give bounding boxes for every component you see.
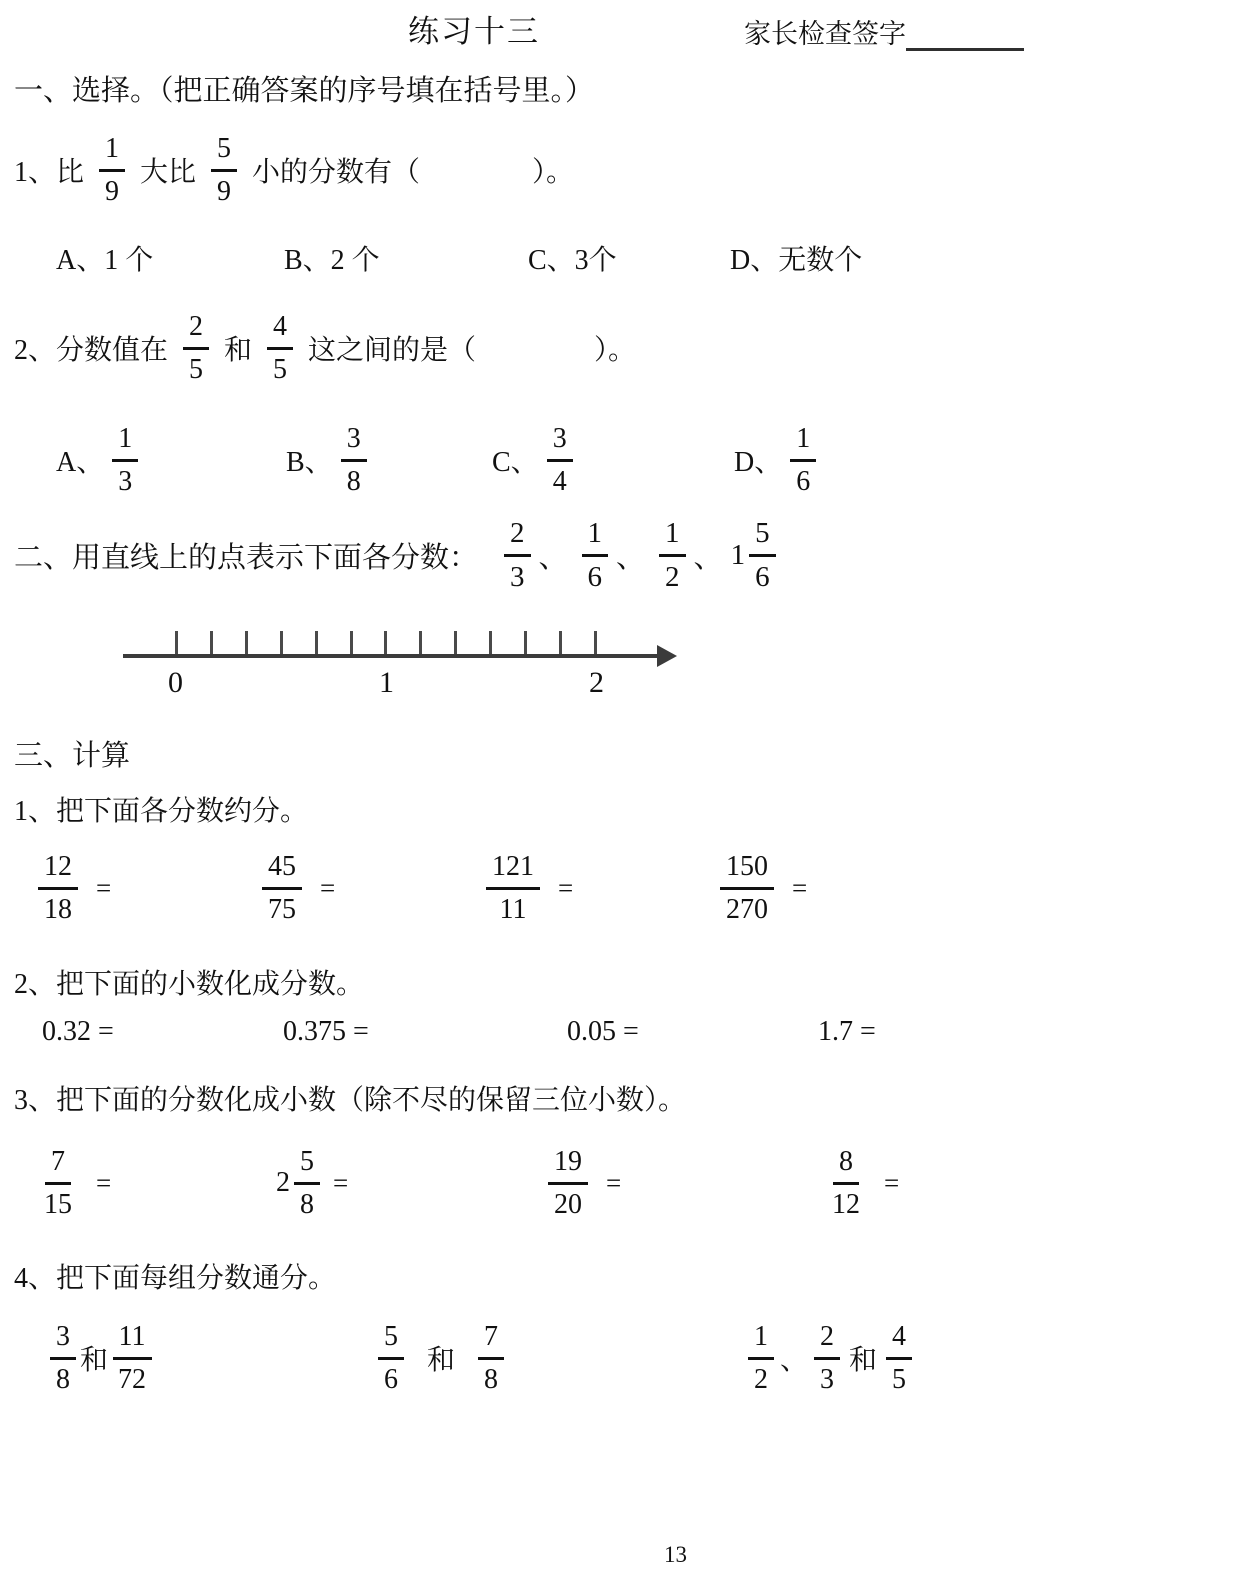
numerator: 2 — [183, 310, 209, 350]
tick-mark — [594, 631, 597, 654]
denominator: 3 — [112, 462, 138, 499]
fraction: 1 2 — [659, 516, 686, 595]
tick-marks — [175, 631, 597, 654]
numerator: 5 — [211, 132, 237, 172]
q2-close-text: ）。 — [594, 328, 636, 368]
to-decimal-item-1: 7 15 = — [38, 1135, 111, 1231]
numerator: 3 — [50, 1320, 76, 1360]
fraction: 2 5 — [183, 310, 209, 386]
numerator: 4 — [886, 1320, 912, 1360]
tick-mark — [489, 631, 492, 654]
option-label: C、 — [492, 440, 539, 480]
number-line-axis — [123, 654, 659, 658]
equals-sign: = — [333, 1168, 348, 1199]
equals-sign: = — [558, 873, 573, 904]
denominator: 2 — [748, 1360, 774, 1397]
q1-option-d: D、无数个 — [730, 238, 862, 278]
tick-mark — [350, 631, 353, 654]
denominator: 15 — [38, 1185, 78, 1222]
fraction: 5 6 — [749, 516, 776, 595]
q1-option-c: C、3个 — [528, 238, 617, 278]
section-three-heading: 三、计算 — [14, 733, 130, 774]
numerator: 45 — [262, 850, 302, 890]
common-denominator-group-3: 1 2 、 2 3 和 4 5 — [748, 1310, 915, 1406]
arrow-icon — [657, 645, 677, 667]
fraction: 4 5 — [886, 1320, 912, 1396]
q1-mid-text: 大比 — [133, 150, 203, 190]
option-label: A、 — [56, 440, 104, 480]
fraction: 11 72 — [112, 1320, 152, 1396]
q1-option-a: A、1 个 — [56, 238, 153, 278]
denominator: 6 — [582, 557, 609, 595]
denominator: 4 — [547, 462, 573, 499]
q2-option-a: A、 1 3 — [56, 412, 146, 508]
denominator: 72 — [112, 1360, 152, 1397]
page-number: 13 — [664, 1542, 687, 1568]
denominator: 270 — [720, 890, 774, 927]
numerator: 1 — [112, 422, 138, 462]
q1-lead-text: 1、比 — [14, 150, 91, 190]
reduce-item-3: 121 11 = — [486, 840, 573, 936]
fraction: 5 9 — [211, 132, 237, 208]
q1-option-b: B、2 个 — [284, 238, 380, 278]
common-denominator-group-1: 3 8 和 11 72 — [50, 1310, 155, 1406]
denominator: 5 — [267, 350, 293, 387]
fraction: 8 12 — [826, 1145, 866, 1221]
fraction: 1 3 — [112, 422, 138, 498]
tick-mark — [384, 631, 387, 654]
numerator: 8 — [833, 1145, 859, 1185]
numerator: 3 — [547, 422, 573, 462]
q4-common-denominator-heading: 4、把下面每组分数通分。 — [14, 1256, 336, 1296]
fraction: 1 9 — [99, 132, 125, 208]
to-decimal-item-4: 8 12 = — [826, 1135, 899, 1231]
fraction: 3 4 — [547, 422, 573, 498]
denominator: 20 — [548, 1185, 588, 1222]
numerator: 121 — [486, 850, 540, 890]
q2-option-c: C、 3 4 — [492, 412, 581, 508]
tick-mark — [524, 631, 527, 654]
reduce-item-4: 150 270 = — [720, 840, 807, 936]
numerator: 12 — [38, 850, 78, 890]
fraction: 121 11 — [486, 850, 540, 926]
denominator: 8 — [50, 1360, 76, 1397]
denominator: 3 — [504, 557, 531, 595]
decimal-item-3: 0.05 = — [567, 1016, 639, 1048]
reduce-item-1: 12 18 = — [38, 840, 111, 936]
denominator: 2 — [659, 557, 686, 595]
to-decimal-item-3: 19 20 = — [548, 1135, 621, 1231]
fraction: 7 15 — [38, 1145, 78, 1221]
whole-number: 2 — [276, 1167, 290, 1199]
denominator: 9 — [99, 172, 125, 209]
section-one-heading: 一、选择。（把正确答案的序号填在括号里。） — [14, 68, 594, 109]
denominator: 5 — [886, 1360, 912, 1397]
fraction: 3 8 — [341, 422, 367, 498]
numerator: 2 — [814, 1320, 840, 1360]
option-label: D、 — [734, 440, 782, 480]
whole-number: 1 — [731, 539, 746, 572]
decimal-item-4: 1.7 = — [818, 1016, 876, 1048]
q2-tail-text: 这之间的是（ — [301, 328, 476, 368]
and-label: 和 — [427, 1338, 455, 1378]
denominator: 12 — [826, 1185, 866, 1222]
fraction: 19 20 — [548, 1145, 588, 1221]
fraction: 5 8 — [294, 1145, 320, 1221]
numerator: 150 — [720, 850, 774, 890]
q2-lead-text: 2、分数值在 — [14, 328, 175, 368]
axis-label-0: 0 — [168, 666, 183, 700]
numerator: 2 — [504, 516, 531, 557]
tick-mark — [559, 631, 562, 654]
axis-label-2: 2 — [589, 666, 604, 700]
q3-to-decimal-heading: 3、把下面的分数化成小数（除不尽的保留三位小数）。 — [14, 1078, 686, 1118]
numerator: 5 — [378, 1320, 404, 1360]
fraction: 5 6 — [378, 1320, 404, 1396]
numerator: 11 — [113, 1320, 152, 1360]
denominator: 75 — [262, 890, 302, 927]
denominator: 8 — [341, 462, 367, 499]
equals-sign: = — [884, 1168, 899, 1199]
page-title: 练习十三 — [408, 6, 540, 51]
and-label: 和 — [849, 1338, 877, 1378]
fraction: 1 6 — [582, 516, 609, 595]
numerator: 1 — [582, 516, 609, 557]
tick-mark — [245, 631, 248, 654]
common-denominator-group-2: 5 6 和 7 8 — [378, 1310, 507, 1406]
denominator: 8 — [478, 1360, 504, 1397]
tick-mark — [175, 631, 178, 654]
section-two-heading-row: 二、用直线上的点表示下面各分数： 2 3 、 1 6 、 1 2 、 1 5 6 — [14, 508, 779, 602]
fraction: 45 75 — [262, 850, 302, 926]
tick-mark — [315, 631, 318, 654]
signature-label: 家长检查签字 — [744, 19, 906, 49]
q2-option-d: D、 1 6 — [734, 412, 824, 508]
denominator: 5 — [183, 350, 209, 387]
signature-blank — [906, 20, 1024, 51]
q1-tail-text: 小的分数有（ — [245, 150, 420, 190]
tick-mark — [454, 631, 457, 654]
reduce-item-2: 45 75 = — [262, 840, 335, 936]
denominator: 6 — [790, 462, 816, 499]
numerator: 1 — [99, 132, 125, 172]
fraction: 1 6 — [790, 422, 816, 498]
fraction: 2 3 — [504, 516, 531, 595]
tick-mark — [210, 631, 213, 654]
q2-option-b: B、 3 8 — [286, 412, 375, 508]
fraction: 3 8 — [50, 1320, 76, 1396]
equals-sign: = — [792, 873, 807, 904]
number-line: 0 1 2 — [0, 628, 1248, 714]
equals-sign: = — [606, 1168, 621, 1199]
question-2: 2、分数值在 2 5 和 4 5 这之间的是（ ）。 — [14, 300, 636, 396]
fraction: 4 5 — [267, 310, 293, 386]
separator: 、 — [780, 1338, 808, 1378]
equals-sign: = — [96, 873, 111, 904]
denominator: 3 — [814, 1360, 840, 1397]
numerator: 7 — [478, 1320, 504, 1360]
numerator: 5 — [749, 516, 776, 557]
denominator: 11 — [494, 890, 533, 927]
separator: 、 — [616, 535, 645, 576]
q1-close-text: ）。 — [532, 150, 574, 190]
q1-reduce-heading: 1、把下面各分数约分。 — [14, 789, 308, 829]
axis-label-1: 1 — [379, 666, 394, 700]
numerator: 5 — [294, 1145, 320, 1185]
numerator: 4 — [267, 310, 293, 350]
denominator: 9 — [211, 172, 237, 209]
fraction: 1 2 — [748, 1320, 774, 1396]
signature-line: 家长检查签字 — [744, 12, 1024, 51]
separator: 、 — [539, 535, 568, 576]
fraction: 12 18 — [38, 850, 78, 926]
option-label: B、 — [286, 440, 333, 480]
numerator: 19 — [548, 1145, 588, 1185]
fraction: 2 3 — [814, 1320, 840, 1396]
denominator: 8 — [294, 1185, 320, 1222]
denominator: 18 — [38, 890, 78, 927]
numerator: 1 — [659, 516, 686, 557]
denominator: 6 — [378, 1360, 404, 1397]
numerator: 7 — [45, 1145, 71, 1185]
fraction: 7 8 — [478, 1320, 504, 1396]
fraction: 150 270 — [720, 850, 774, 926]
denominator: 6 — [749, 557, 776, 595]
tick-mark — [280, 631, 283, 654]
tick-mark — [419, 631, 422, 654]
section-two-heading: 二、用直线上的点表示下面各分数： — [14, 535, 478, 576]
q2-mid-text: 和 — [217, 328, 259, 368]
decimal-item-1: 0.32 = — [42, 1016, 114, 1048]
equals-sign: = — [320, 873, 335, 904]
decimal-item-2: 0.375 = — [283, 1016, 369, 1048]
question-1: 1、比 1 9 大比 5 9 小的分数有（ ）。 — [14, 122, 574, 218]
to-decimal-item-2: 2 5 8 = — [276, 1135, 348, 1231]
separator: 、 — [694, 535, 723, 576]
q2-decimal-heading: 2、把下面的小数化成分数。 — [14, 962, 364, 1002]
numerator: 3 — [341, 422, 367, 462]
worksheet-page: 练习十三 家长检查签字 一、选择。（把正确答案的序号填在括号里。） 1、比 1 … — [0, 0, 1248, 1588]
and-label: 和 — [80, 1338, 108, 1378]
equals-sign: = — [96, 1168, 111, 1199]
numerator: 1 — [790, 422, 816, 462]
numerator: 1 — [748, 1320, 774, 1360]
